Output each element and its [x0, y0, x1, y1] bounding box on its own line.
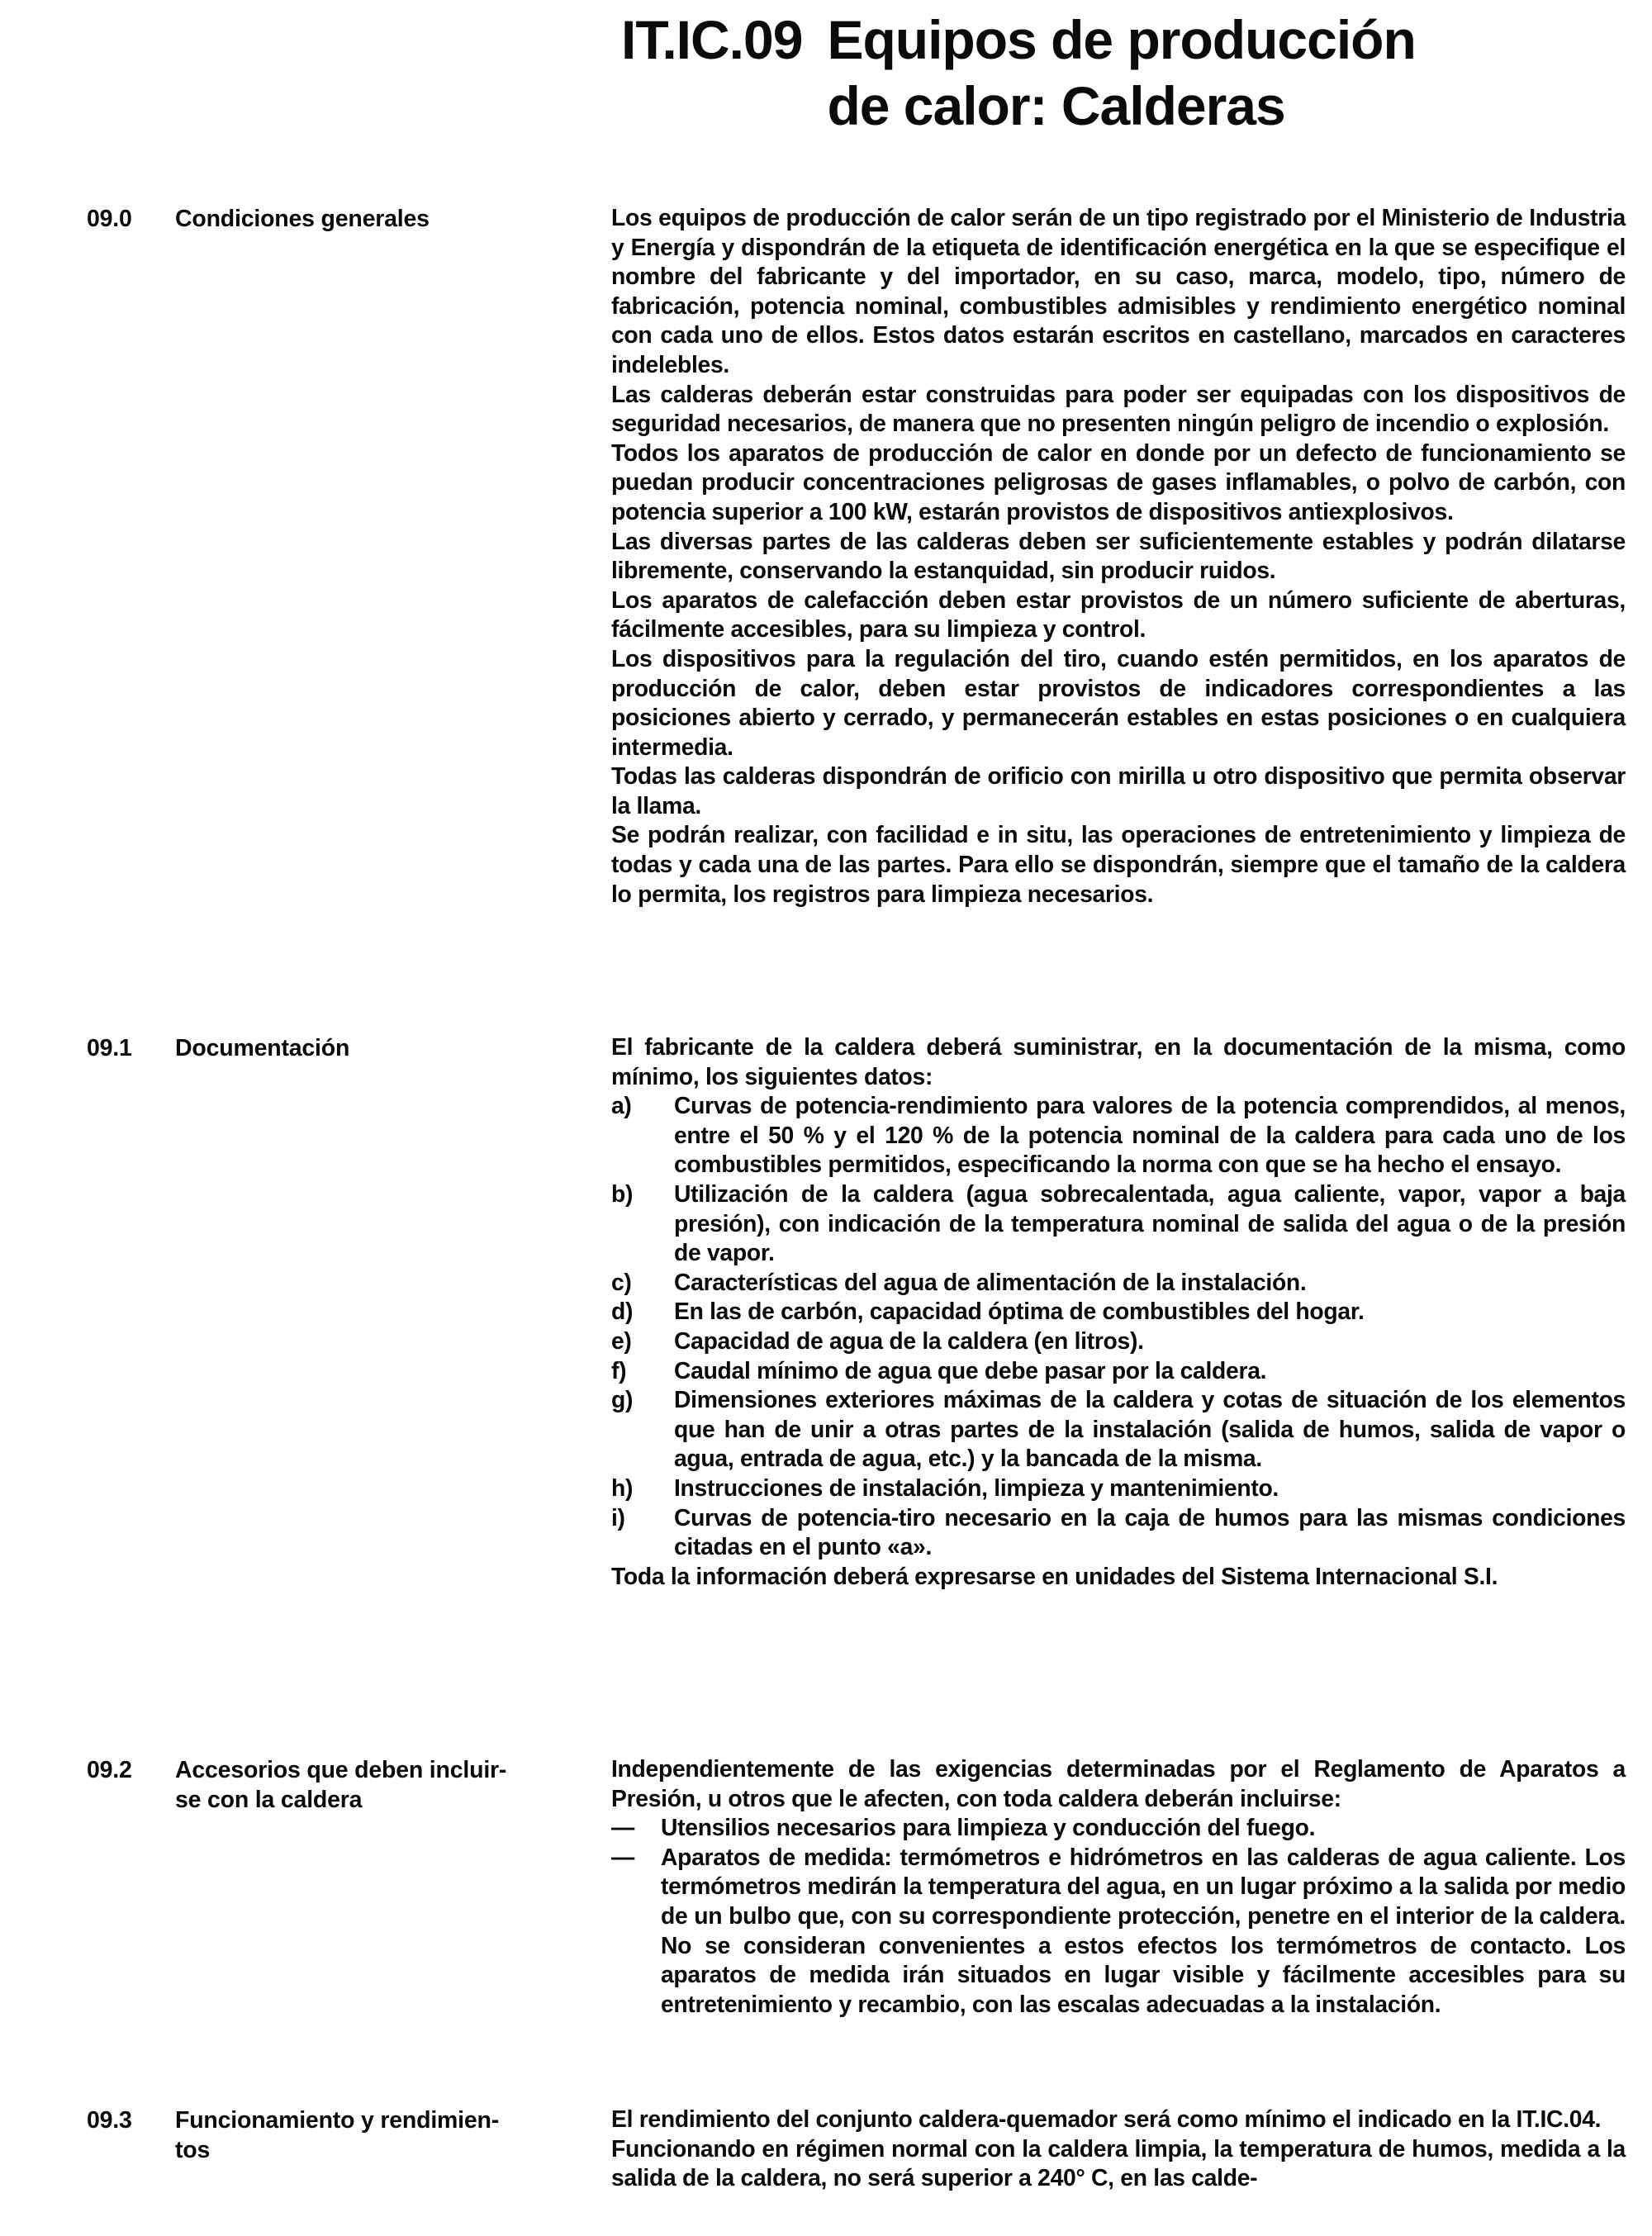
paragraph: Se podrán realizar, con facilidad e in s… [611, 820, 1626, 909]
list-text: Aparatos de medida: termómetros e hidróm… [661, 1843, 1626, 2020]
paragraph: El fabricante de la caldera deberá sumin… [611, 1033, 1626, 1091]
paragraph: Las diversas partes de las calderas debe… [611, 527, 1626, 586]
section-heading-line: tos [175, 2135, 499, 2165]
dash-marker: — [611, 1813, 661, 1843]
list-marker: d) [611, 1297, 674, 1327]
section-heading-text: Documentación [175, 1033, 349, 1063]
section-number: 09.3 [87, 2105, 175, 2165]
section-heading-line: Documentación [175, 1033, 349, 1063]
title-text: Equipos de producción de calor: Calderas [827, 7, 1415, 139]
list-text: En las de carbón, capacidad óptima de co… [674, 1297, 1626, 1327]
list-text: Capacidad de agua de la caldera (en litr… [674, 1327, 1626, 1356]
section-heading-line: Funcionamiento y rendimien- [175, 2105, 499, 2135]
paragraph: Los aparatos de calefacción deben estar … [611, 586, 1626, 644]
list-text: Curvas de potencia-tiro necesario en la … [674, 1503, 1626, 1562]
document-title: IT.IC.09 Equipos de producción de calor:… [621, 7, 1416, 139]
paragraph: Las calderas deberán estar construidas p… [611, 380, 1626, 439]
dash-marker: — [611, 1843, 661, 2020]
section-body: El rendimiento del conjunto caldera-quem… [611, 2105, 1626, 2193]
paragraph: Funcionando en régimen normal con la cal… [611, 2134, 1626, 2193]
section-body: Independientemente de las exigencias det… [611, 1754, 1626, 2019]
paragraph: Los equipos de producción de calor serán… [611, 203, 1626, 380]
list-item: h) Instrucciones de instalación, limpiez… [611, 1474, 1626, 1503]
list-marker: i) [611, 1503, 674, 1562]
list-text: Caudal mínimo de agua que debe pasar por… [674, 1356, 1626, 1386]
list-item: e) Capacidad de agua de la caldera (en l… [611, 1327, 1626, 1356]
section-heading: 09.1 Documentación [87, 1033, 595, 1063]
section-number: 09.2 [87, 1755, 175, 1815]
list-item: c) Características del agua de alimentac… [611, 1268, 1626, 1298]
list-item: i) Curvas de potencia-tiro necesario en … [611, 1503, 1626, 1562]
section-heading-line: Condiciones generales [175, 204, 430, 234]
section-heading-text: Condiciones generales [175, 204, 430, 234]
list-marker: f) [611, 1356, 674, 1386]
section-heading-text: Funcionamiento y rendimien- tos [175, 2105, 499, 2165]
section-body: Los equipos de producción de calor serán… [611, 203, 1626, 909]
list-item: — Aparatos de medida: termómetros e hidr… [611, 1843, 1626, 2020]
paragraph: Independientemente de las exigencias det… [611, 1754, 1626, 1813]
list-item: g) Dimensiones exteriores máximas de la … [611, 1385, 1626, 1474]
list-marker: g) [611, 1385, 674, 1474]
paragraph: Los dispositivos para la regulación del … [611, 644, 1626, 762]
list-marker: b) [611, 1180, 674, 1268]
paragraph: Todas las calderas dispondrán de orifici… [611, 762, 1626, 820]
list-text: Dimensiones exteriores máximas de la cal… [674, 1385, 1626, 1474]
list-marker: h) [611, 1474, 674, 1503]
section-heading: 09.2 Accesorios que deben incluir- se co… [87, 1755, 595, 1815]
section-number: 09.0 [87, 204, 175, 234]
section-heading-line: Accesorios que deben incluir- [175, 1755, 506, 1785]
list-text: Instrucciones de instalación, limpieza y… [674, 1474, 1626, 1503]
section-heading: 09.3 Funcionamiento y rendimien- tos [87, 2105, 595, 2165]
list-marker: e) [611, 1327, 674, 1356]
paragraph: Toda la información deberá expresarse en… [611, 1562, 1626, 1592]
section-heading-line: se con la caldera [175, 1785, 506, 1815]
list-text: Utensilios necesarios para limpieza y co… [661, 1813, 1626, 1843]
section-heading-text: Accesorios que deben incluir- se con la … [175, 1755, 506, 1815]
paragraph: Todos los aparatos de producción de calo… [611, 439, 1626, 527]
list-text: Utilización de la caldera (agua sobrecal… [674, 1180, 1626, 1268]
document-page: IT.IC.09 Equipos de producción de calor:… [0, 0, 1652, 2236]
list-item: f) Caudal mínimo de agua que debe pasar … [611, 1356, 1626, 1386]
list-text: Características del agua de alimentación… [674, 1268, 1626, 1298]
section-heading: 09.0 Condiciones generales [87, 204, 595, 234]
list-marker: c) [611, 1268, 674, 1298]
title-line-1: Equipos de producción [827, 7, 1415, 73]
title-line-2: de calor: Calderas [827, 73, 1415, 139]
section-body: El fabricante de la caldera deberá sumin… [611, 1033, 1626, 1591]
list-marker: a) [611, 1091, 674, 1180]
list-item: a) Curvas de potencia-rendimiento para v… [611, 1091, 1626, 1180]
list-item: d) En las de carbón, capacidad óptima de… [611, 1297, 1626, 1327]
list-item: b) Utilización de la caldera (agua sobre… [611, 1180, 1626, 1268]
title-code: IT.IC.09 [621, 7, 802, 73]
paragraph: El rendimiento del conjunto caldera-quem… [611, 2105, 1626, 2134]
section-number: 09.1 [87, 1033, 175, 1063]
list-text: Curvas de potencia-rendimiento para valo… [674, 1091, 1626, 1180]
list-item: — Utensilios necesarios para limpieza y … [611, 1813, 1626, 1843]
